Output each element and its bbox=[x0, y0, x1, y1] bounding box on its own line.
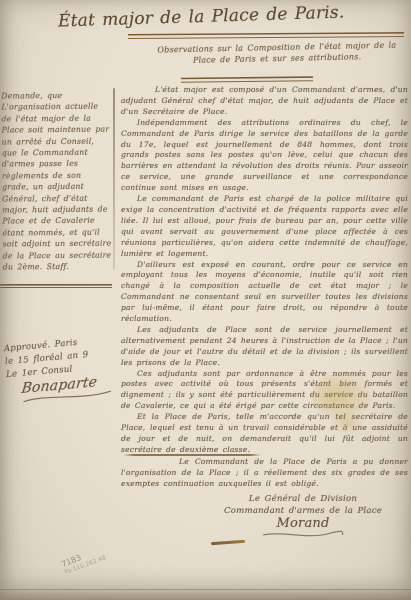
subtitle-rule bbox=[181, 76, 313, 82]
morand-flourish bbox=[261, 530, 345, 539]
paragraph-3: Le commandant de Paris est chargé de la … bbox=[121, 194, 408, 259]
main-text-column: L'état major est composé d'un Commandant… bbox=[121, 85, 408, 539]
paragraph-4: D'ailleurs est exposé en courant, ordre … bbox=[121, 260, 408, 325]
paragraph-5: Les adjudants de Place sont de service j… bbox=[121, 325, 408, 369]
scan-edge-bottom bbox=[0, 589, 411, 600]
page-title: État major de la Place de Paris. bbox=[58, 1, 408, 32]
morand-signature: Morand bbox=[205, 518, 401, 530]
paragraph-dash-flourish bbox=[211, 540, 245, 545]
closing-line-2: Commandant d'armes de la Place bbox=[205, 505, 401, 517]
page-subtitle: Observations sur la Composition de l'éta… bbox=[146, 39, 408, 66]
title-rule bbox=[128, 32, 404, 39]
paragraph-8: Le Commandant de la Place de Paris a pu … bbox=[121, 457, 408, 490]
paragraph-1: L'état major est composé d'un Commandant… bbox=[121, 85, 408, 118]
paragraph-7: Et la Place de Paris, telle m'accorde qu… bbox=[121, 412, 408, 456]
margin-note: Demande, que L'organisation actuelle de … bbox=[1, 90, 112, 273]
age-stain-small bbox=[330, 412, 364, 434]
approval-block: Approuvé. Paris le 15 floréal an 9 Le 1e… bbox=[3, 333, 126, 407]
paragraph-2: Indépendamment des attributions ordinair… bbox=[121, 118, 408, 194]
closing-signature-block: Le Général de Division Commandant d'arme… bbox=[205, 493, 401, 539]
paragraph-6: Ces adjudants sont par ordonnance à être… bbox=[121, 369, 408, 413]
margin-rule bbox=[0, 284, 112, 288]
archive-pencil-note: 7183 Fo 110.262.48 bbox=[60, 545, 107, 578]
closing-line-1: Le Général de Division bbox=[205, 493, 401, 505]
manuscript-page: État major de la Place de Paris. Observa… bbox=[0, 0, 411, 600]
fold-crease bbox=[113, 88, 115, 270]
